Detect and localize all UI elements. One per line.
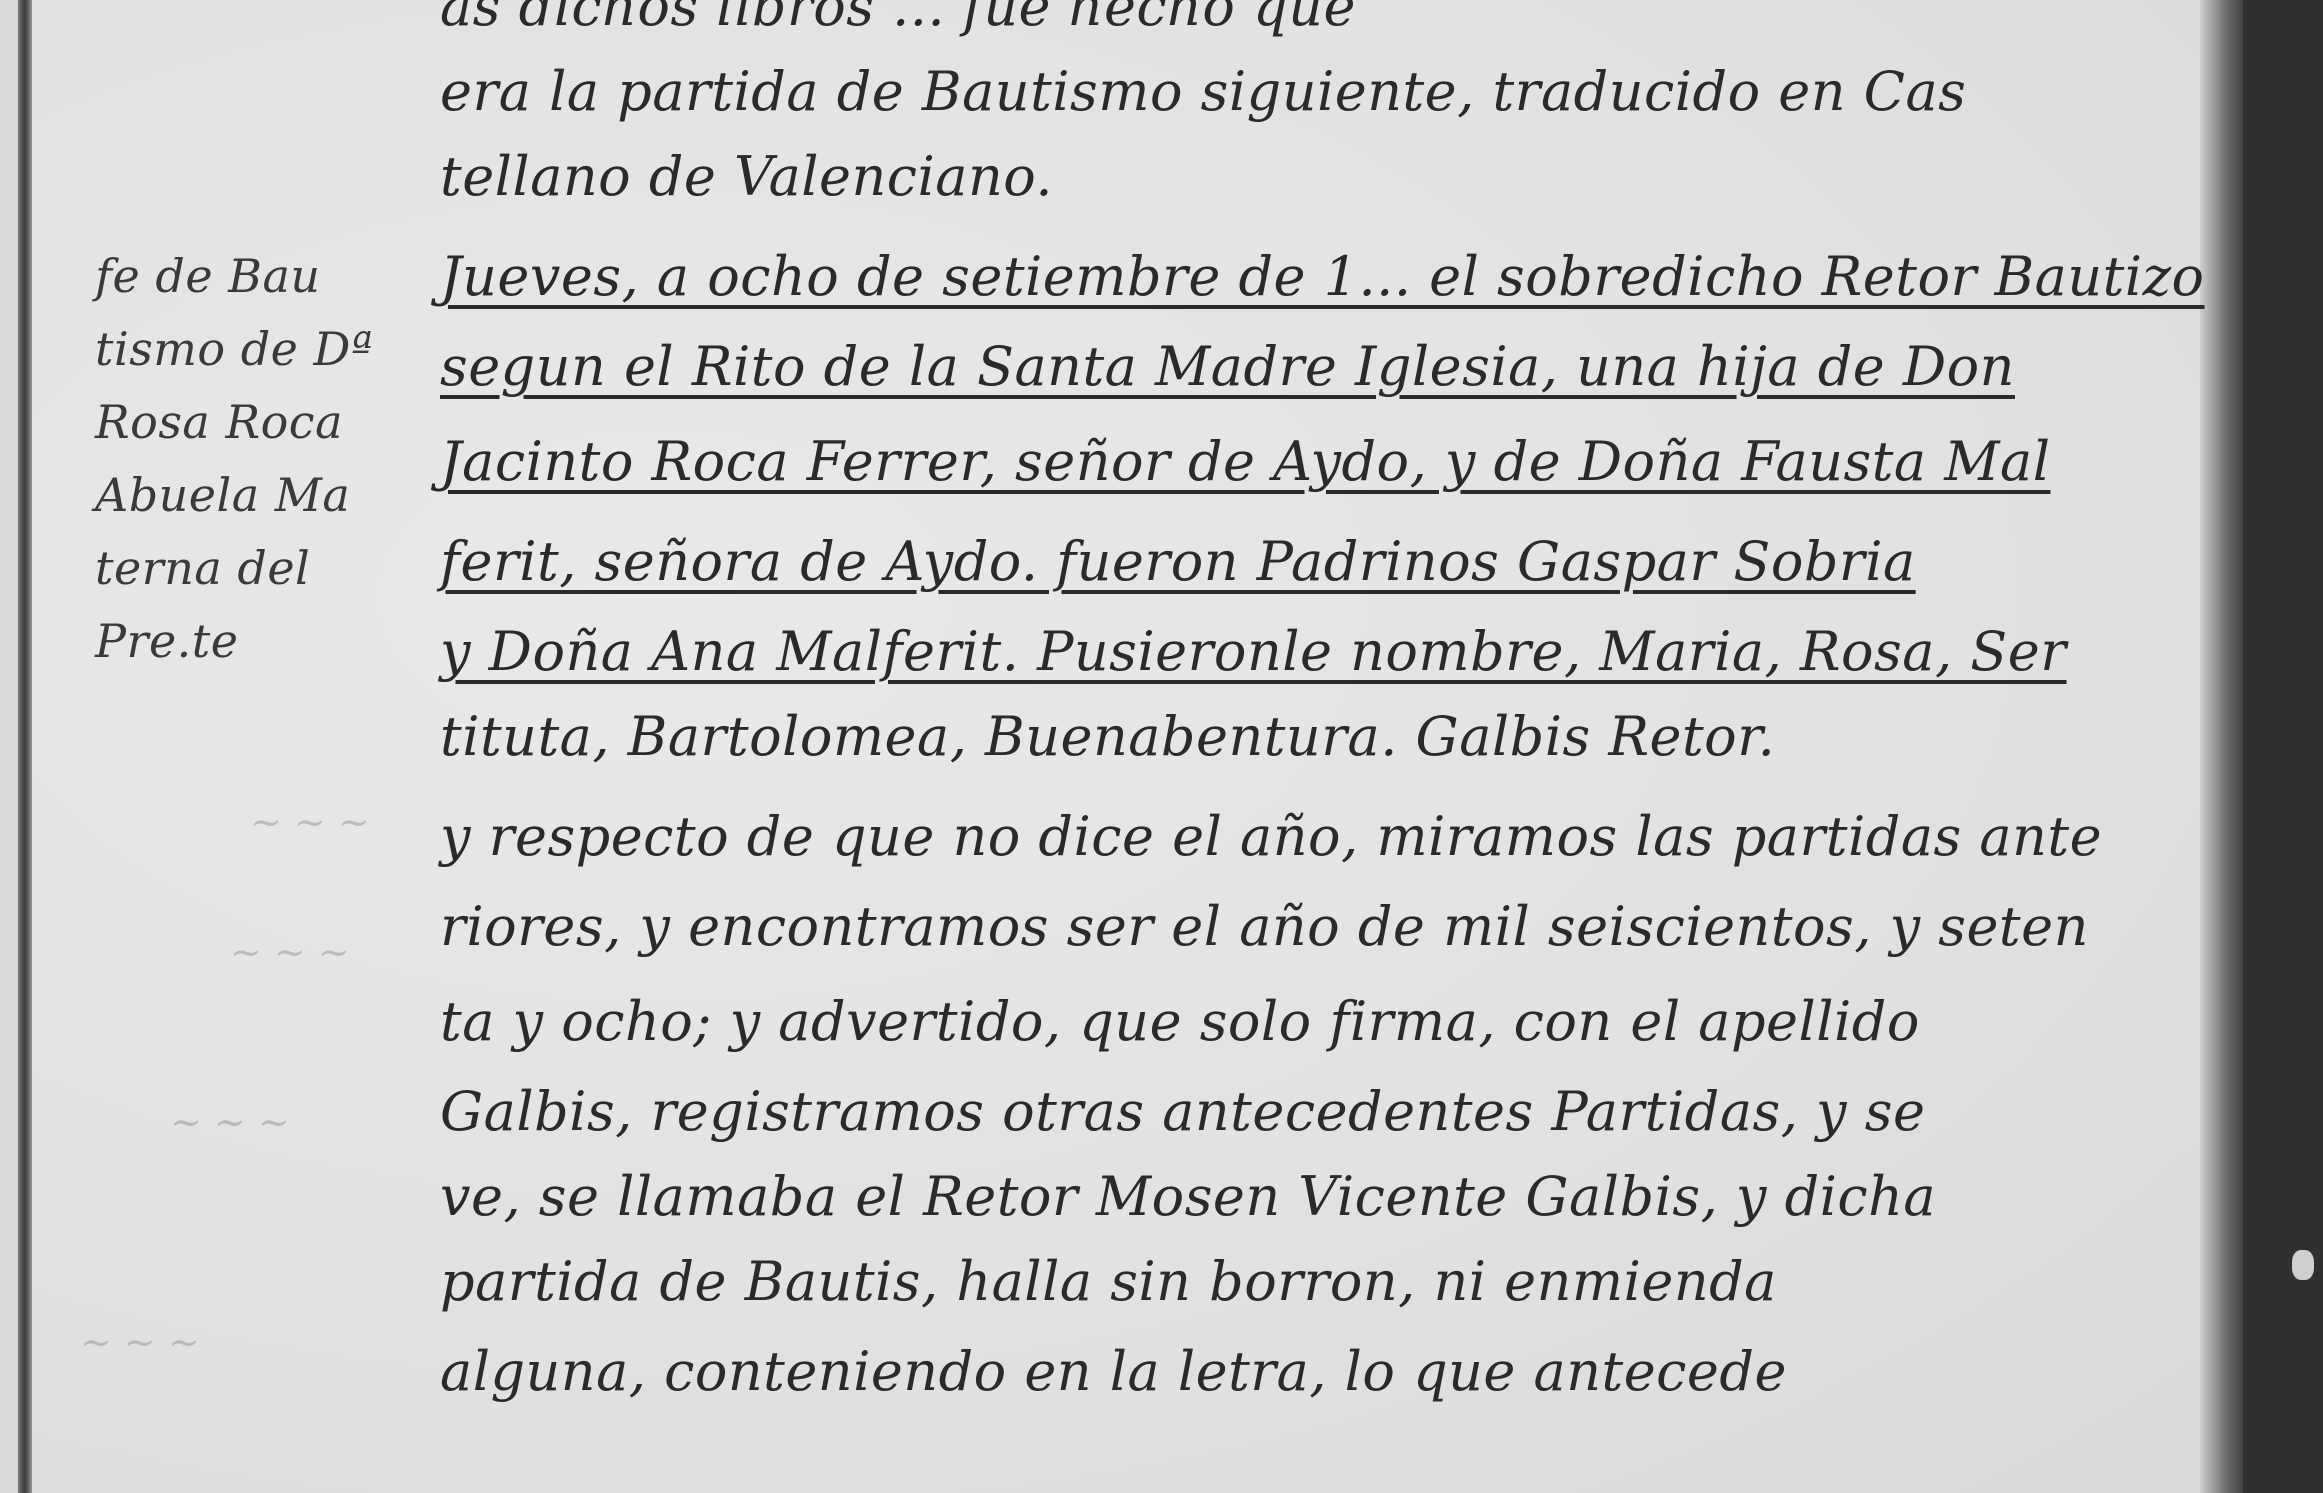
bleed-through-text: ~ ~ ~ — [230, 930, 350, 974]
text-line: y respecto de que no dice el año, miramo… — [440, 805, 2102, 868]
margin-line: terna del — [95, 532, 415, 605]
text-line: Jacinto Roca Ferrer, señor de Aydo, y de… — [440, 430, 2051, 493]
text-line: partida de Bautis, halla sin borron, ni … — [440, 1250, 1777, 1313]
text-line: riores, y encontramos ser el año de mil … — [440, 895, 2089, 958]
text-line: segun el Rito de la Santa Madre Iglesia,… — [440, 335, 2015, 398]
text-line: y Doña Ana Malferit. Pusieronle nombre, … — [440, 620, 2067, 683]
text-line: era la partida de Bautismo siguiente, tr… — [440, 60, 1966, 123]
text-line: ve, se llamaba el Retor Mosen Vicente Ga… — [440, 1165, 1936, 1228]
text-line: ferit, señora de Aydo. fueron Padrinos G… — [440, 530, 1916, 593]
margin-annotation: fe de Bau tismo de Dª Rosa Roca Abuela M… — [95, 240, 415, 678]
margin-line: Abuela Ma — [95, 459, 415, 532]
bleed-through-text: ~ ~ ~ — [170, 1100, 290, 1144]
text-line: tituta, Bartolomea, Buenabentura. Galbis… — [440, 705, 1775, 768]
text-line: ta y ocho; y advertido, que solo firma, … — [440, 990, 1920, 1053]
text-line: tellano de Valenciano. — [440, 145, 1053, 208]
page-edge-shadow — [2200, 0, 2245, 1493]
margin-line: Rosa Roca — [95, 386, 415, 459]
bleed-through-text: ~ ~ ~ — [80, 1320, 200, 1364]
margin-line: tismo de Dª — [95, 313, 415, 386]
text-line: Galbis, registramos otras antecedentes P… — [440, 1080, 1925, 1143]
margin-rule-line — [18, 0, 32, 1493]
text-line: Jueves, a ocho de setiembre de 1... el s… — [440, 245, 2205, 308]
margin-line: Pre.te — [95, 605, 415, 678]
text-line: as dichos libros ... fue hecho que — [440, 0, 1356, 38]
bleed-through-text: ~ ~ ~ — [250, 800, 370, 844]
margin-line: fe de Bau — [95, 240, 415, 313]
binding-blemish — [2292, 1250, 2314, 1280]
text-line: alguna, conteniendo en la letra, lo que … — [440, 1340, 1787, 1403]
